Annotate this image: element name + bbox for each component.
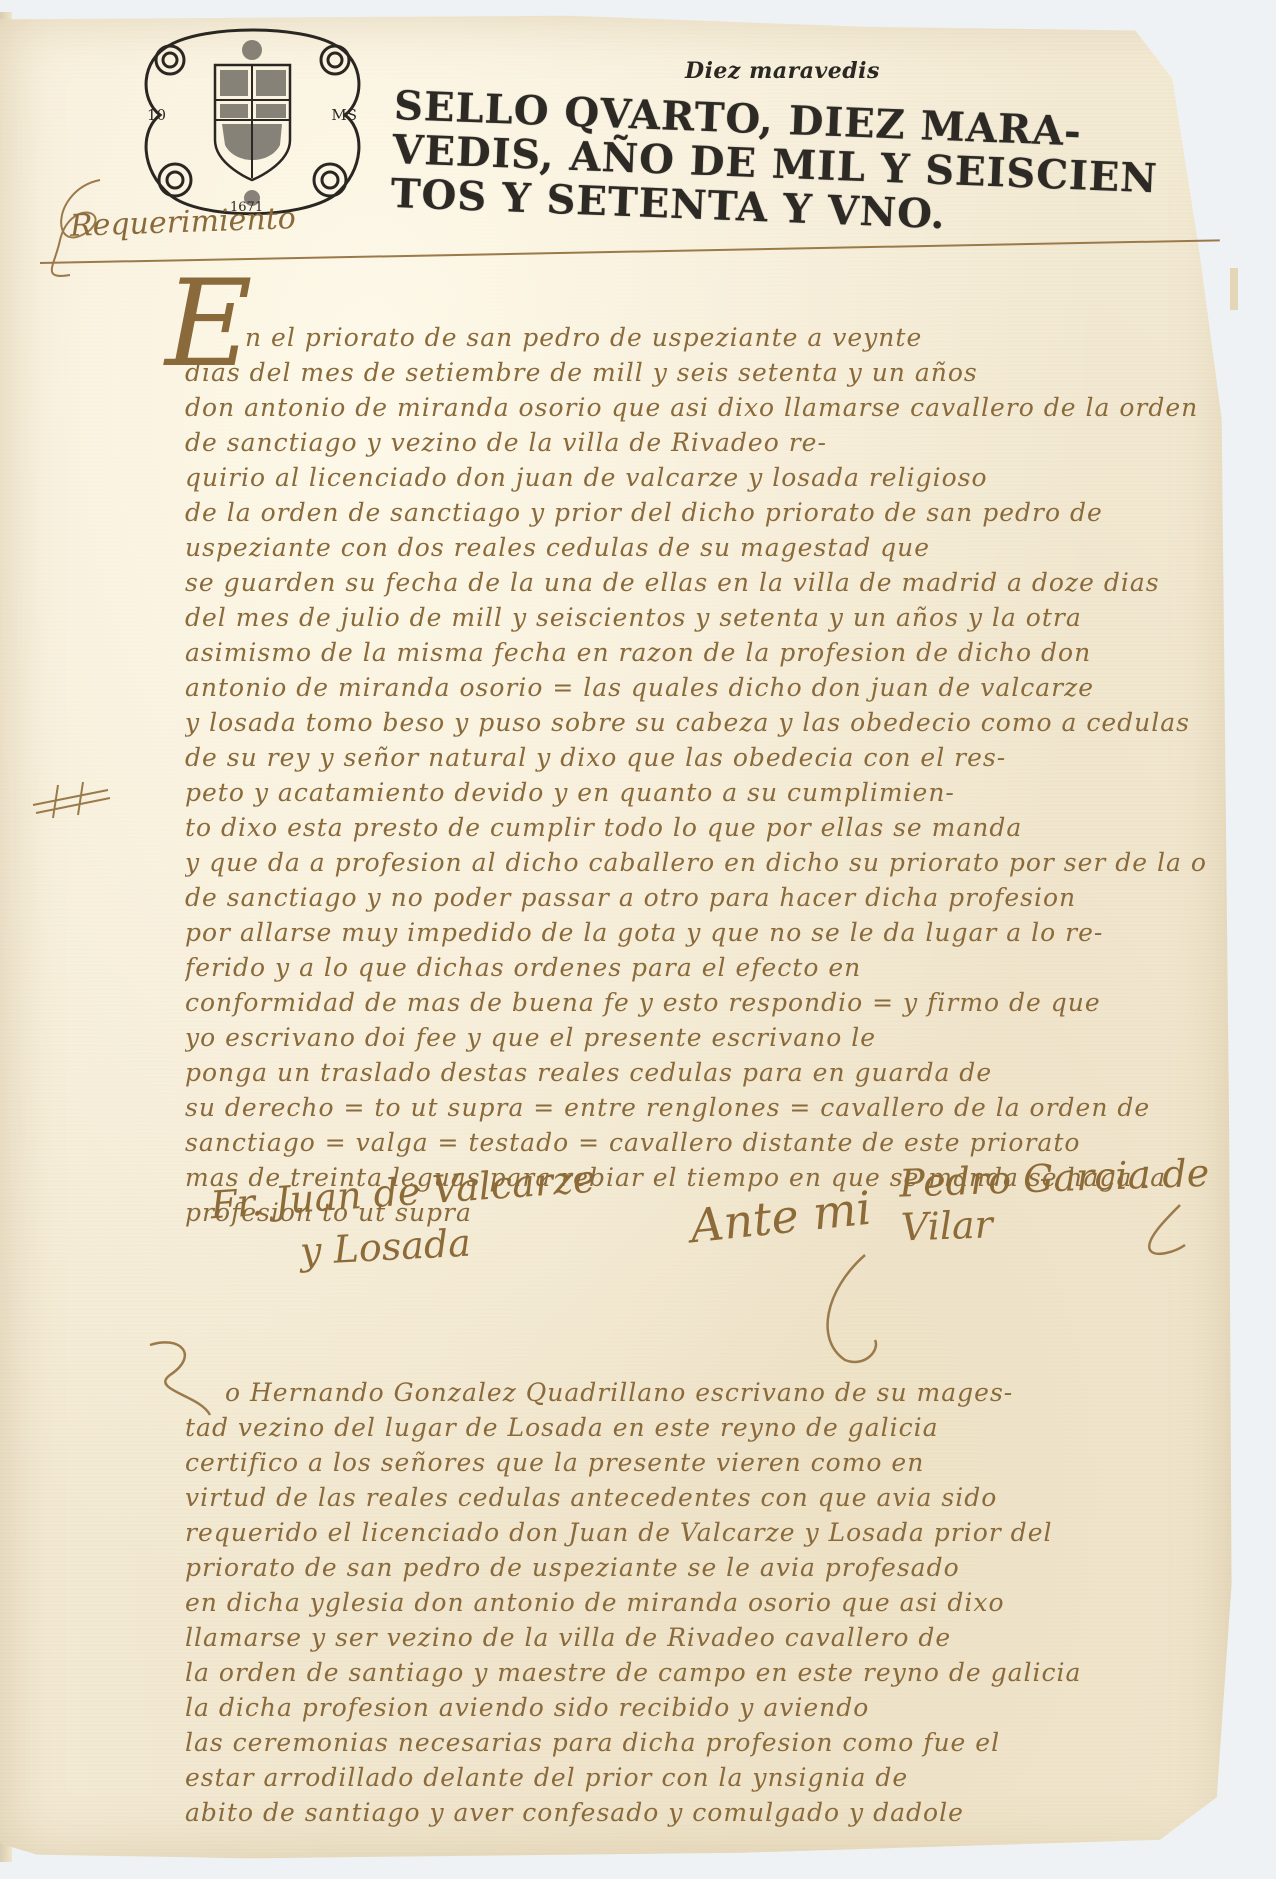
manuscript-line: priorato de san pedro de uspeziante se l… — [185, 1550, 1205, 1585]
manuscript-line: requerido el licenciado don Juan de Valc… — [185, 1515, 1205, 1550]
manuscript-line: quirio al licenciado don juan de valcarz… — [185, 460, 1205, 495]
stamp-denomination: Diez maravedis — [685, 58, 880, 84]
manuscript-line: antonio de miranda osorio = las quales d… — [185, 670, 1205, 705]
manuscript-line: certifico a los señores que la presente … — [185, 1445, 1205, 1480]
manuscript-line: de sanctiago y no poder passar a otro pa… — [185, 880, 1205, 915]
manuscript-line: del mes de julio de mill y seiscientos y… — [185, 600, 1205, 635]
stamp-left-number: 10 — [147, 106, 166, 124]
manuscript-line: sanctiago = valga = testado = cavallero … — [185, 1125, 1205, 1160]
manuscript-line: llamarse y ser vezino de la villa de Riv… — [185, 1620, 1205, 1655]
manuscript-line: yo escrivano doi fee y que el presente e… — [185, 1020, 1205, 1055]
rubric-flourish-icon — [1135, 1200, 1195, 1260]
manuscript-line: la orden de santiago y maestre de campo … — [185, 1655, 1205, 1690]
paper-tear-tab — [1230, 268, 1238, 310]
manuscript-line: o Hernando Gonzalez Quadrillano escrivan… — [185, 1375, 1205, 1410]
manuscript-line: ponga un traslado destas reales cedulas … — [185, 1055, 1205, 1090]
signature-notary: Pedro Garcia de Vilar — [899, 1148, 1276, 1249]
manuscript-line: su derecho = to ut supra = entre renglon… — [185, 1090, 1205, 1125]
manuscript-line: de su rey y señor natural y dixo que las… — [185, 740, 1205, 775]
margin-hash-mark-icon — [28, 780, 113, 820]
manuscript-line: las ceremonias necesarias para dicha pro… — [185, 1725, 1205, 1760]
manuscript-line: se guarden su fecha de la una de ellas e… — [185, 565, 1205, 600]
manuscript-line: la dicha profesion aviendo sido recibido… — [185, 1690, 1205, 1725]
manuscript-line: uspeziante con dos reales cedulas de su … — [185, 530, 1205, 565]
manuscript-line: don antonio de miranda osorio que asi di… — [185, 390, 1205, 425]
manuscript-line: virtud de las reales cedulas antecedente… — [185, 1480, 1205, 1515]
manuscript-line: y que da a profesion al dicho caballero … — [185, 845, 1205, 880]
manuscript-body-part-2: o Hernando Gonzalez Quadrillano escrivan… — [185, 1375, 1205, 1830]
manuscript-line: de sanctiago y vezino de la villa de Riv… — [185, 425, 1205, 460]
manuscript-line: to dixo esta presto de cumplir todo lo q… — [185, 810, 1205, 845]
manuscript-line: dias del mes de setiembre de mill y seis… — [185, 355, 1205, 390]
manuscript-body-part-1: n el priorato de san pedro de uspeziante… — [185, 320, 1205, 1230]
manuscript-line: abito de santiago y aver confesado y com… — [185, 1795, 1205, 1830]
printed-stamp-header: SELLO QVARTO, DIEZ MARA- VEDIS, AÑO DE M… — [390, 84, 1125, 244]
manuscript-line: estar arrodillado delante del prior con … — [185, 1760, 1205, 1795]
manuscript-line: conformidad de mas de buena fe y esto re… — [185, 985, 1205, 1020]
manuscript-line: n el priorato de san pedro de uspeziante… — [185, 320, 1205, 355]
manuscript-line: tad vezino del lugar de Losada en este r… — [185, 1410, 1205, 1445]
signature-flourish-icon — [805, 1250, 895, 1370]
stamp-right-number: MS — [331, 106, 357, 124]
manuscript-line: de la orden de sanctiago y prior del dic… — [185, 495, 1205, 530]
manuscript-line: en dicha yglesia don antonio de miranda … — [185, 1585, 1205, 1620]
manuscript-line: asimismo de la misma fecha en razon de l… — [185, 635, 1205, 670]
royal-stamp: 10 MS 1671 — [130, 20, 375, 225]
manuscript-line: por allarse muy impedido de la gota y qu… — [185, 915, 1205, 950]
manuscript-line: peto y acatamiento devido y en quanto a … — [185, 775, 1205, 810]
signature-prior-line2: y Losada — [299, 1221, 472, 1274]
manuscript-line: y losada tomo beso y puso sobre su cabez… — [185, 705, 1205, 740]
manuscript-line: ferido y a lo que dichas ordenes para el… — [185, 950, 1205, 985]
